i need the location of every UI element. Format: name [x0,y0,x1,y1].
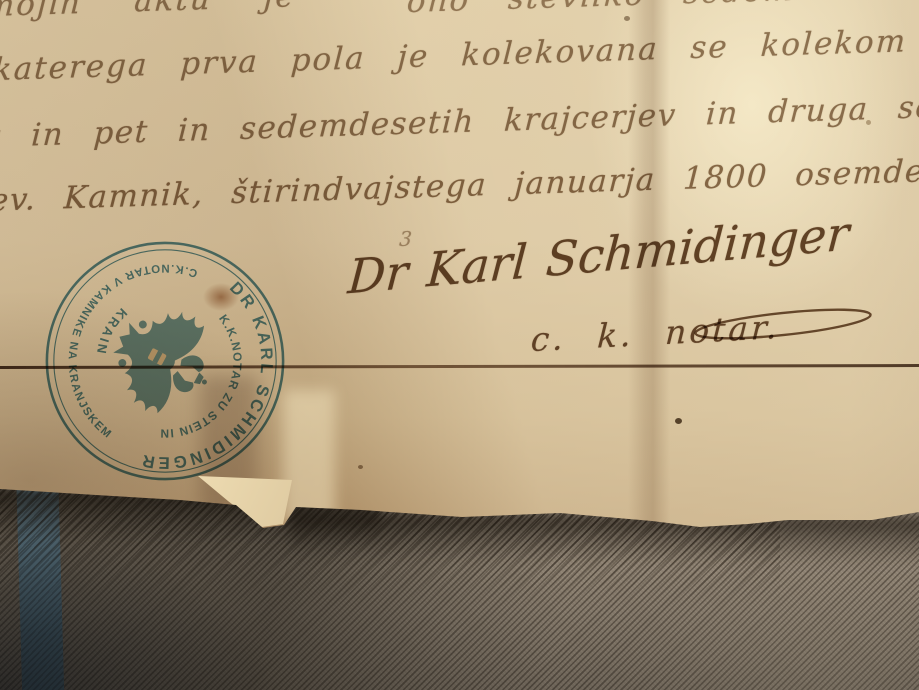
ink-speck [624,16,630,21]
handwriting-line-3: v in pet in sedemdesetih krajcerjev in d… [0,86,919,155]
photo-of-notarial-document: DR KARL SCHMIDINGER C.K.NOTAR V KAMNIKE … [0,0,919,690]
ruled-line [0,364,919,369]
handwriting-line-2: katerega prva pola je kolekovana se kole… [0,22,919,88]
ink-speck [358,465,363,469]
notary-stamp: DR KARL SCHMIDINGER C.K.NOTAR V KAMNIKE … [36,232,294,490]
handwriting-line-4: jev. Kamnik, štirindvajstega januarja 18… [0,149,919,219]
rust-stain [203,283,239,311]
handwriting-line-1-left: mojih aktu je [0,0,297,24]
signature-title: c. k. notar. [530,307,781,359]
paper-document: DR KARL SCHMIDINGER C.K.NOTAR V KAMNIKE … [0,0,919,534]
signature-name: Dr Karl Schmidinger [346,206,851,305]
ink-speck [675,418,682,424]
ink-speck [866,120,871,125]
handwriting-line-1-right: ono številko sedem in de [406,0,919,20]
